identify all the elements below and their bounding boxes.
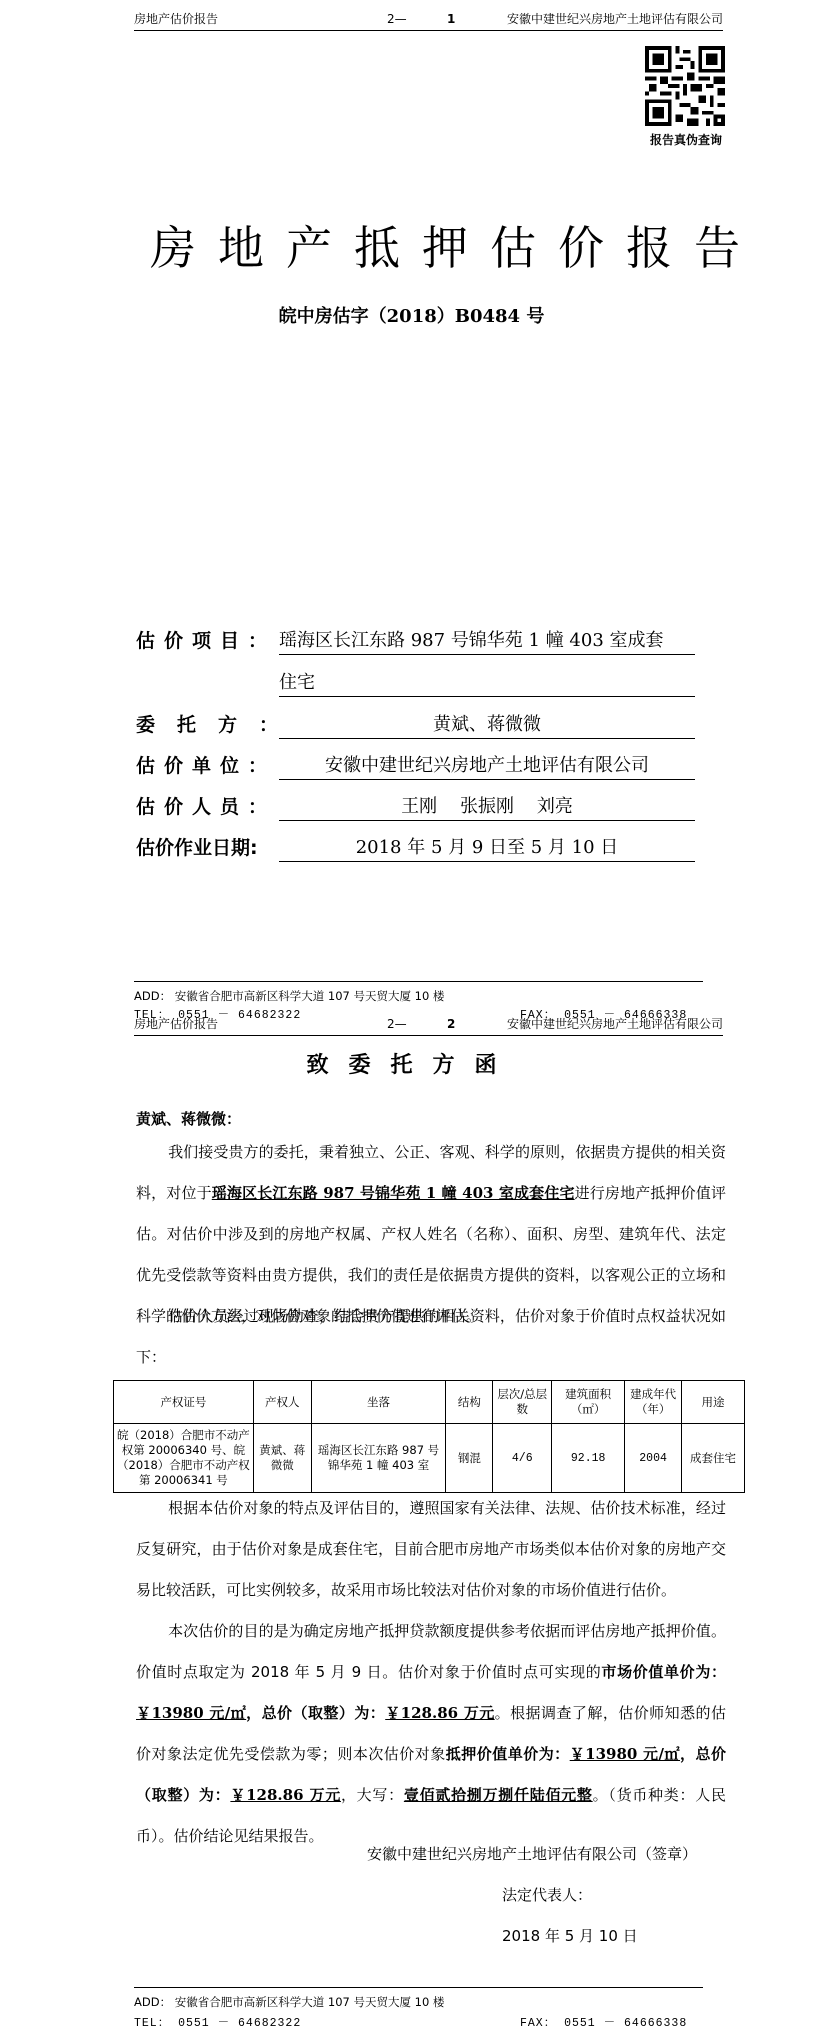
signature-legal-rep: 法定代表人： <box>502 1884 592 1905</box>
amount-in-words: 壹佰贰拾捌万捌仟陆佰元整 <box>404 1786 593 1804</box>
market-unit-price-value: ￥13980 元/㎡ <box>136 1704 246 1722</box>
appraisers-label: 估价人员： <box>136 794 276 820</box>
header-page-number: 1 <box>447 10 455 28</box>
para3-text: 根据本估价对象的特点及评估目的，遵照国家有关法律、法规、估价技术标准，经过反复研… <box>136 1499 726 1599</box>
property-rights-table: 产权证号 产权人 坐落 结构 层次/总层数 建筑面积（㎡） 建成年代（年） 用途… <box>113 1380 745 1493</box>
org-value: 安徽中建世纪兴房地产土地评估有限公司 <box>279 753 695 780</box>
col-header-cert: 产权证号 <box>114 1381 254 1424</box>
footer-address: ADD： 安徽省合肥市高新区科学大道 107 号天贸大厦 10 楼 <box>134 988 444 1004</box>
letter-title: 致委托方函 <box>0 1048 823 1079</box>
salutation: 黄斌、蒋微微： <box>136 1108 241 1129</box>
footer-address: ADD： 安徽省合肥市高新区科学大道 107 号天贸大厦 10 楼 <box>134 1994 444 2010</box>
col-header-year: 建成年代（年） <box>625 1381 682 1424</box>
cell-structure: 钢混 <box>446 1424 493 1493</box>
cell-cert: 皖（2018）合肥市不动产权第 20006340 号、皖（2018）合肥市不动产… <box>114 1424 254 1493</box>
client-value: 黄斌、蒋微微 <box>279 712 695 739</box>
footer-tel: TEL： 0551 － 64682322 <box>134 2014 301 2030</box>
para2-text: 估价人员经过现场勘查，结合贵方提供的相关资料，估价对象于价值时点权益状况如下： <box>136 1307 726 1366</box>
col-header-floor: 层次/总层数 <box>493 1381 552 1424</box>
table-header-row: 产权证号 产权人 坐落 结构 层次/总层数 建筑面积（㎡） 建成年代（年） 用途 <box>114 1381 745 1424</box>
report-number: 皖中房估字（2018）B0484 号 <box>0 302 823 328</box>
qr-code-icon[interactable] <box>645 46 725 126</box>
header-page-prefix: 2— <box>387 10 407 28</box>
signature-company: 安徽中建世纪兴房地产土地评估有限公司（签章） <box>367 1843 697 1864</box>
para4-text-11: ，大写： <box>341 1786 404 1804</box>
col-header-location: 坐落 <box>311 1381 446 1424</box>
col-header-use: 用途 <box>682 1381 745 1424</box>
cell-owner: 黄斌、蒋微微 <box>253 1424 311 1493</box>
paragraph-inspection: 估价人员经过现场勘查，结合贵方提供的相关资料，估价对象于价值时点权益状况如下： <box>136 1296 726 1378</box>
header-company: 安徽中建世纪兴房地产土地评估有限公司 <box>507 1015 723 1033</box>
report-title: 房地产抵押估价报告 <box>150 218 690 278</box>
header-page-number: 2 <box>447 1015 455 1033</box>
cell-location: 瑶海区长江东路 987 号锦华苑 1 幢 403 室 <box>311 1424 446 1493</box>
page2-running-header: 房地产估价报告 2— 2 安徽中建世纪兴房地产土地评估有限公司 <box>134 1015 723 1036</box>
work-date-value: 2018 年 5 月 9 日至 5 月 10 日 <box>279 835 695 862</box>
market-unit-price-label: 市场价值单价为： <box>601 1663 726 1681</box>
table-row: 皖（2018）合肥市不动产权第 20006340 号、皖（2018）合肥市不动产… <box>114 1424 745 1493</box>
mortgage-unit-price-label: 抵押价值单价为： <box>446 1745 570 1763</box>
col-header-structure: 结构 <box>446 1381 493 1424</box>
footer-divider <box>134 981 703 982</box>
mortgage-total-value: ￥128.86 万元 <box>230 1786 341 1804</box>
col-header-owner: 产权人 <box>253 1381 311 1424</box>
project-label: 估价项目： <box>136 628 276 654</box>
appraisers-value: 王刚 张振刚 刘亮 <box>279 794 695 821</box>
header-doc-type: 房地产估价报告 <box>134 1015 218 1033</box>
header-company: 安徽中建世纪兴房地产土地评估有限公司 <box>507 10 723 28</box>
paragraph-valuation: 本次估价的目的是为确定房地产抵押贷款额度提供参考依据而评估房地产抵押价值。价值时… <box>136 1611 726 1857</box>
mortgage-unit-price-value: ￥13980 元/㎡ <box>570 1745 680 1763</box>
market-total-label: ，总价（取整）为： <box>246 1704 385 1722</box>
property-address-emphasis: 瑶海区长江东路 987 号锦华苑 1 幢 403 室成套住宅 <box>212 1184 575 1202</box>
cell-use: 成套住宅 <box>682 1424 745 1493</box>
paragraph-method: 根据本估价对象的特点及评估目的，遵照国家有关法律、法规、估价技术标准，经过反复研… <box>136 1488 726 1611</box>
header-doc-type: 房地产估价报告 <box>134 10 218 28</box>
col-header-area: 建筑面积（㎡） <box>552 1381 625 1424</box>
page1-running-header: 房地产估价报告 2— 1 安徽中建世纪兴房地产土地评估有限公司 <box>134 10 723 31</box>
org-label: 估价单位： <box>136 753 276 779</box>
footer-fax: FAX： 0551 － 64666338 <box>520 2014 687 2030</box>
project-value-line1: 瑶海区长江东路 987 号锦华苑 1 幢 403 室成套 <box>279 628 695 655</box>
cell-area: 92.18 <box>552 1424 625 1493</box>
market-total-value: ￥128.86 万元 <box>385 1704 494 1722</box>
work-date-label: 估价作业日期: <box>136 835 276 861</box>
cell-year: 2004 <box>625 1424 682 1493</box>
footer-divider <box>134 1987 703 1988</box>
signature-date: 2018 年 5 月 10 日 <box>502 1925 638 1946</box>
client-label: 委托方： <box>136 712 276 738</box>
project-value-line2: 住宅 <box>279 670 695 697</box>
cell-floor: 4/6 <box>493 1424 552 1493</box>
qr-caption: 报告真伪查询 <box>640 131 732 148</box>
header-page-prefix: 2— <box>387 1015 407 1033</box>
